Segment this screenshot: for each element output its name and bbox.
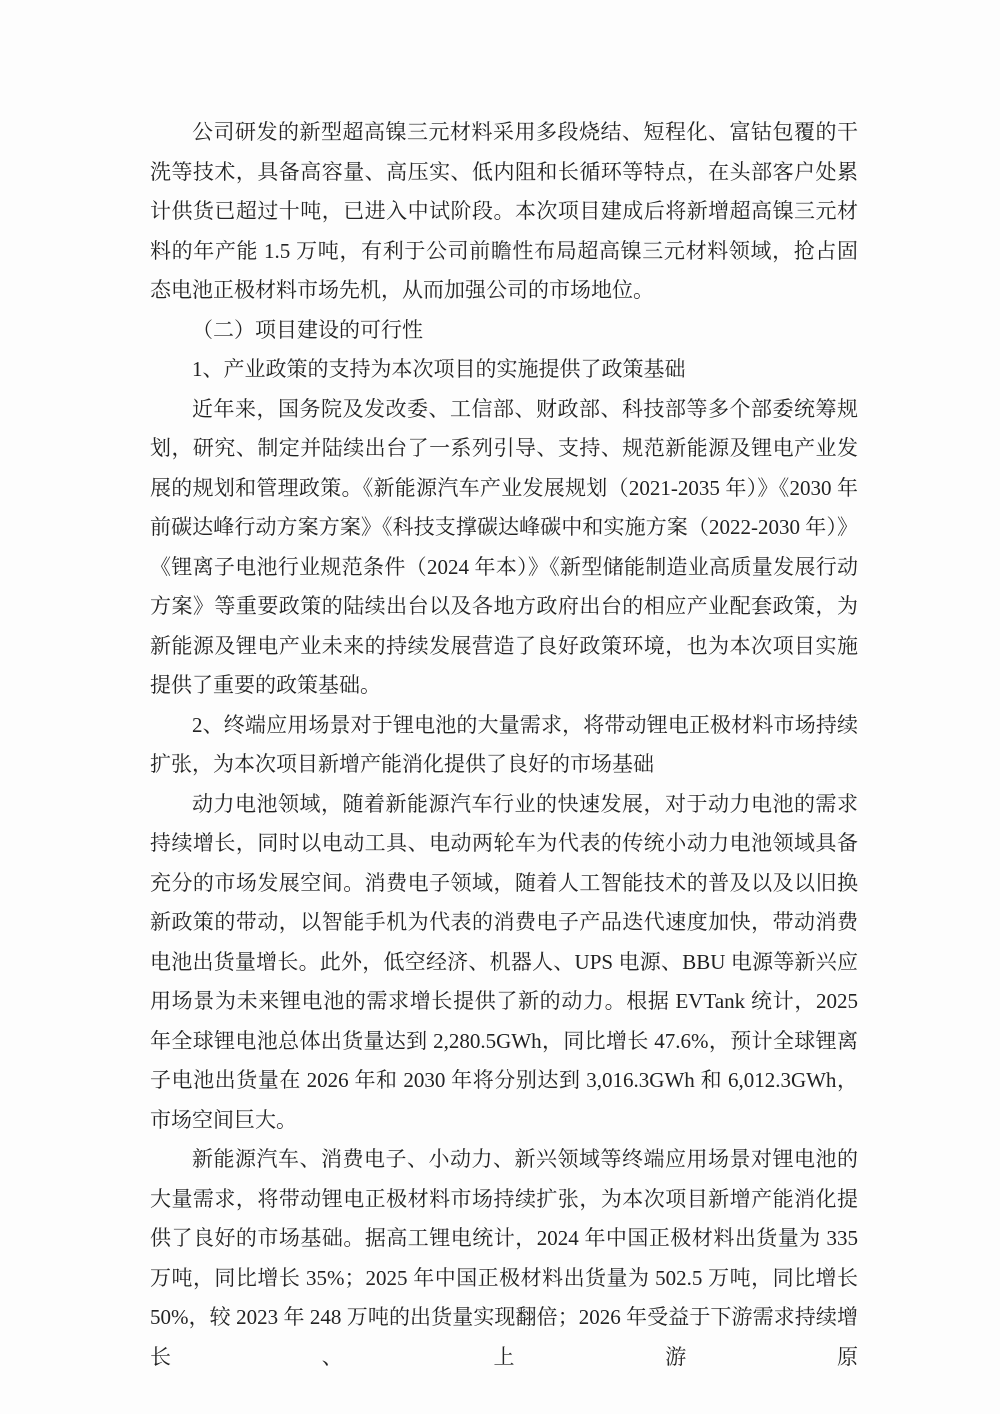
para-policy-background: 近年来，国务院及发改委、工信部、财政部、科技部等多个部委统筹规划，研究、制定并陆… bbox=[150, 390, 858, 706]
heading-point-2-market-demand: 2、终端应用场景对于锂电池的大量需求，将带动锂电正极材料市场持续扩张，为本次项目… bbox=[150, 706, 858, 785]
heading-section-feasibility: （二）项目建设的可行性 bbox=[150, 311, 858, 351]
para-battery-market-growth: 动力电池领域，随着新能源汽车行业的快速发展，对于动力电池的需求持续增长，同时以电… bbox=[150, 785, 858, 1141]
heading-point-1-policy-support: 1、产业政策的支持为本次项目的实施提供了政策基础 bbox=[150, 350, 858, 390]
para-company-rd-overview: 公司研发的新型超高镍三元材料采用多段烧结、短程化、富钴包覆的干洗等技术，具备高容… bbox=[150, 113, 858, 311]
document-page: 公司研发的新型超高镍三元材料采用多段烧结、短程化、富钴包覆的干洗等技术，具备高容… bbox=[0, 0, 1000, 1414]
document-body: 公司研发的新型超高镍三元材料采用多段烧结、短程化、富钴包覆的干洗等技术，具备高容… bbox=[150, 113, 858, 1377]
para-cathode-material-shipments: 新能源汽车、消费电子、小动力、新兴领域等终端应用场景对锂电池的大量需求，将带动锂… bbox=[150, 1140, 858, 1377]
